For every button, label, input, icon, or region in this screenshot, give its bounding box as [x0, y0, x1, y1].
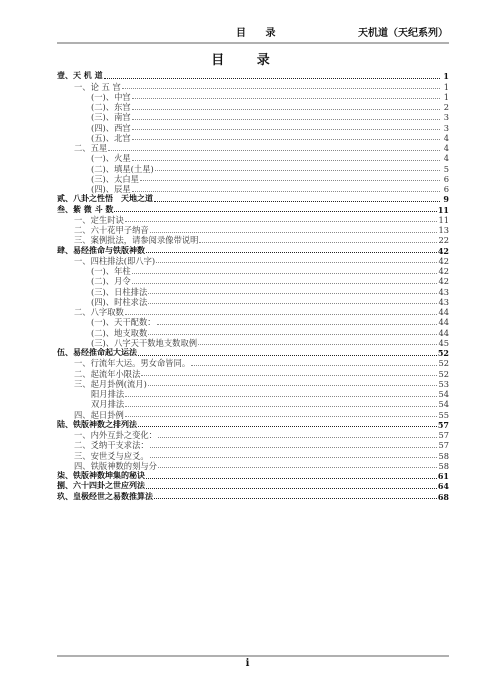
dot-leader [125, 313, 438, 315]
toc-entry-label: 一、内外互卦之变化： [57, 430, 157, 440]
toc-entry[interactable]: 四、铁版神数的刻与分58 [57, 461, 449, 471]
toc-entry[interactable]: 贰、八卦之性悟 天地之道9 [57, 194, 449, 204]
dot-leader [148, 333, 437, 335]
dot-leader [132, 108, 440, 110]
dot-leader [198, 343, 437, 345]
running-header-section: 目 录 [236, 24, 283, 39]
dot-leader [154, 200, 440, 202]
toc-entry-label: 一、行流年大运。男女命皆同。 [57, 358, 190, 368]
toc-entry[interactable]: 三、起月卦例(流月)53 [57, 379, 449, 389]
toc-entry-label: (三)、日柱排法 [57, 287, 147, 297]
dot-leader [132, 97, 440, 99]
toc-entry[interactable]: (二)、填星(土星)5 [57, 163, 449, 173]
toc-entry-label: (二)、地支取数 [57, 328, 147, 338]
toc-entry-page: 42 [438, 266, 449, 276]
toc-entry[interactable]: 二、八字取数44 [57, 307, 449, 317]
dot-leader [125, 405, 437, 407]
toc-entry[interactable]: 玖、皇极经世之易数推算法68 [57, 491, 449, 501]
toc-entry-page: 22 [438, 235, 449, 245]
toc-entry-label: (一)、火星 [57, 153, 131, 163]
toc-entry-label: (三)、八字天干数地支数取例 [57, 338, 197, 348]
toc-entry-label: 一、定生时诀 [57, 215, 124, 225]
toc-entry[interactable]: (一)、火星4 [57, 153, 449, 163]
table-of-contents: 壹、天 机 道1一、论 五 宫1(一)、中宫1(二)、东宫2(三)、南宫3(四)… [57, 71, 449, 502]
toc-entry-page: 52 [438, 369, 449, 379]
toc-entry-label: 一、论 五 宫 [57, 82, 121, 92]
dot-leader [158, 436, 437, 438]
toc-entry[interactable]: (一)、中宫1 [57, 92, 449, 102]
toc-entry-label: 玖、皇极经世之易数推算法 [57, 492, 153, 502]
toc-entry-label: (二)、填星(土星) [57, 164, 154, 174]
toc-entry[interactable]: 一、行流年大运。男女命皆同。52 [57, 358, 449, 368]
dot-leader [156, 261, 437, 263]
dot-leader [140, 179, 440, 181]
dot-leader [146, 477, 437, 479]
toc-entry-page: 1 [441, 71, 449, 81]
dot-leader [150, 231, 438, 233]
toc-entry-page: 44 [438, 307, 449, 317]
toc-entry-label: 陆、铁版神数之排列法 [57, 420, 137, 430]
toc-entry-page: 42 [438, 256, 449, 266]
toc-entry-label: (一)、天干配数： [57, 317, 156, 327]
toc-entry-page: 44 [438, 328, 449, 338]
toc-entry-page: 57 [438, 440, 449, 450]
toc-entry-page: 45 [438, 338, 449, 348]
toc-entry-page: 5 [441, 164, 449, 174]
toc-entry-page: 2 [441, 102, 449, 112]
dot-leader [148, 302, 437, 304]
dot-leader [199, 241, 437, 243]
toc-entry-label: 阳月排法 [57, 389, 124, 399]
toc-entry-page: 54 [438, 399, 449, 409]
toc-entry[interactable]: (四)、西宫3 [57, 122, 449, 132]
toc-entry-page: 44 [438, 317, 449, 327]
header-rule [57, 42, 449, 44]
toc-entry-label: 壹、天 机 道 [57, 71, 103, 81]
toc-entry[interactable]: 伍、易经推命起大运法52 [57, 348, 449, 358]
toc-entry[interactable]: (二)、地支取数44 [57, 327, 449, 337]
toc-entry-page: 52 [438, 348, 449, 358]
toc-entry[interactable]: 柒、铁版神数坤集的秘诀61 [57, 471, 449, 481]
toc-entry-page: 42 [438, 276, 449, 286]
dot-leader [132, 282, 438, 284]
dot-leader [157, 323, 438, 325]
toc-entry[interactable]: (二)、东宫2 [57, 102, 449, 112]
toc-entry[interactable]: 阳月排法54 [57, 389, 449, 399]
toc-entry[interactable]: (一)、年柱42 [57, 266, 449, 276]
toc-entry-page: 42 [438, 246, 449, 256]
dot-leader [191, 364, 437, 366]
toc-entry-page: 61 [438, 471, 449, 481]
toc-entry-label: 贰、八卦之性悟 天地之道 [57, 194, 153, 204]
toc-entry-page: 6 [441, 184, 449, 194]
dot-leader [132, 190, 440, 192]
toc-entry[interactable]: (四)、时柱求法43 [57, 297, 449, 307]
toc-entry[interactable]: 二、起流年小限法52 [57, 368, 449, 378]
toc-entry[interactable]: 三、案例批法，请参阅录像带说明22 [57, 235, 449, 245]
toc-entry-page: 54 [438, 389, 449, 399]
toc-entry-page: 3 [441, 123, 449, 133]
toc-entry-page: 58 [438, 461, 449, 471]
toc-entry[interactable]: (三)、南宫3 [57, 112, 449, 122]
toc-entry[interactable]: 壹、天 机 道1 [57, 71, 449, 81]
toc-entry[interactable]: 肆、易经推命与铁版神数42 [57, 245, 449, 255]
toc-entry[interactable]: 捌、六十四卦之世应列法64 [57, 481, 449, 491]
toc-entry[interactable]: 二、爻纳干支求法：57 [57, 440, 449, 450]
toc-entry[interactable]: 陆、铁版神数之排列法57 [57, 420, 449, 430]
dot-leader [146, 487, 437, 489]
toc-entry-label: (一)、中宫 [57, 92, 131, 102]
dot-leader [141, 374, 437, 376]
toc-entry-label: (二)、东宫 [57, 102, 131, 112]
toc-entry-page: 1 [441, 82, 449, 92]
toc-entry-page: 68 [438, 492, 449, 502]
dot-leader [158, 466, 437, 468]
dot-leader [108, 149, 440, 151]
toc-entry-page: 11 [438, 215, 449, 225]
dot-leader [155, 169, 440, 171]
toc-entry-page: 58 [438, 451, 449, 461]
toc-entry-label: 叁、紫 微 斗 数 [57, 205, 113, 215]
toc-entry-page: 64 [438, 481, 449, 491]
dot-leader [104, 77, 440, 79]
dot-leader [148, 292, 437, 294]
toc-entry-label: (四)、西宫 [57, 123, 131, 133]
dot-leader [125, 415, 438, 417]
dot-leader [132, 138, 440, 140]
toc-entry-label: 四、起日卦例 [57, 410, 124, 420]
toc-entry-label: 三、安世爻与应爻。 [57, 451, 149, 461]
toc-entry[interactable]: 一、内外互卦之变化：57 [57, 430, 449, 440]
toc-entry-page: 4 [441, 133, 449, 143]
dot-leader [122, 87, 440, 89]
toc-entry[interactable]: 三、安世爻与应爻。58 [57, 450, 449, 460]
toc-entry-label: 四、铁版神数的刻与分 [57, 461, 157, 471]
toc-entry-label: (五)、北宫 [57, 133, 131, 143]
dot-leader [114, 210, 437, 212]
dot-leader [146, 251, 437, 253]
toc-entry[interactable]: (四)、辰星6 [57, 184, 449, 194]
dot-leader [125, 220, 438, 222]
toc-entry[interactable]: (二)、月令42 [57, 276, 449, 286]
toc-entry[interactable]: 一、论 五 宫1 [57, 81, 449, 91]
dot-leader [138, 354, 437, 356]
toc-entry-page: 52 [438, 358, 449, 368]
dot-leader [132, 128, 440, 130]
toc-entry-label: 双月排法 [57, 399, 124, 409]
toc-entry[interactable]: 二、五星4 [57, 143, 449, 153]
dot-leader [150, 446, 438, 448]
toc-entry-page: 11 [438, 205, 449, 215]
toc-entry-label: 一、四柱排法(即八字) [57, 256, 155, 266]
dot-leader [132, 118, 440, 120]
toc-entry[interactable]: (三)、八字天干数地支数取例45 [57, 338, 449, 348]
toc-entry-page: 43 [438, 287, 449, 297]
toc-entry[interactable]: (三)、日柱排法43 [57, 286, 449, 296]
toc-entry-label: 伍、易经推命起大运法 [57, 348, 137, 358]
toc-entry-label: (四)、辰星 [57, 184, 131, 194]
toc-entry[interactable]: 双月排法54 [57, 399, 449, 409]
toc-entry-page: 9 [441, 194, 449, 204]
toc-entry-label: (二)、月令 [57, 276, 131, 286]
dot-leader [138, 425, 437, 427]
toc-entry-label: (三)、南宫 [57, 112, 131, 122]
toc-entry-label: 三、起月卦例(流月) [57, 379, 147, 389]
toc-entry[interactable]: (三)、太白星6 [57, 174, 449, 184]
toc-entry-page: 57 [438, 430, 449, 440]
toc-entry-label: 二、起流年小限法 [57, 369, 140, 379]
toc-entry-label: 二、爻纳干支求法： [57, 440, 149, 450]
toc-entry[interactable]: 叁、紫 微 斗 数11 [57, 204, 449, 214]
toc-entry-page: 53 [438, 379, 449, 389]
toc-entry-page: 3 [441, 112, 449, 122]
toc-entry-page: 13 [438, 225, 449, 235]
toc-entry-label: (一)、年柱 [57, 266, 131, 276]
toc-entry-label: 柒、铁版神数坤集的秘诀 [57, 471, 145, 481]
toc-entry-page: 1 [441, 92, 449, 102]
footer-rule [57, 655, 449, 657]
dot-leader [148, 384, 438, 386]
toc-entry-label: 肆、易经推命与铁版神数 [57, 246, 145, 256]
toc-entry-page: 4 [441, 153, 449, 163]
dot-leader [132, 272, 438, 274]
toc-entry[interactable]: 二、六十花甲子纳音13 [57, 225, 449, 235]
toc-entry[interactable]: 一、四柱排法(即八字)42 [57, 256, 449, 266]
toc-entry[interactable]: (一)、天干配数：44 [57, 317, 449, 327]
page-number: i [0, 658, 495, 669]
toc-entry-page: 43 [438, 297, 449, 307]
toc-entry-label: 二、五星 [57, 143, 107, 153]
dot-leader [150, 456, 438, 458]
toc-entry[interactable]: 四、起日卦例55 [57, 409, 449, 419]
running-header-book-title: 天机道（天纪系列） [358, 24, 448, 39]
toc-entry-page: 4 [441, 143, 449, 153]
toc-entry-label: (四)、时柱求法 [57, 297, 147, 307]
toc-entry-label: 二、六十花甲子纳音 [57, 225, 149, 235]
toc-entry-page: 55 [438, 410, 449, 420]
toc-entry[interactable]: (五)、北宫4 [57, 133, 449, 143]
toc-entry-label: 二、八字取数 [57, 307, 124, 317]
toc-entry-label: (三)、太白星 [57, 174, 139, 184]
toc-entry-page: 6 [441, 174, 449, 184]
toc-entry-label: 三、案例批法，请参阅录像带说明 [57, 235, 198, 245]
page-title: 目 录 [0, 49, 495, 68]
toc-entry[interactable]: 一、定生时诀11 [57, 215, 449, 225]
dot-leader [132, 159, 440, 161]
toc-entry-label: 捌、六十四卦之世应列法 [57, 481, 145, 491]
toc-entry-page: 57 [438, 420, 449, 430]
dot-leader [125, 395, 437, 397]
dot-leader [154, 497, 437, 499]
